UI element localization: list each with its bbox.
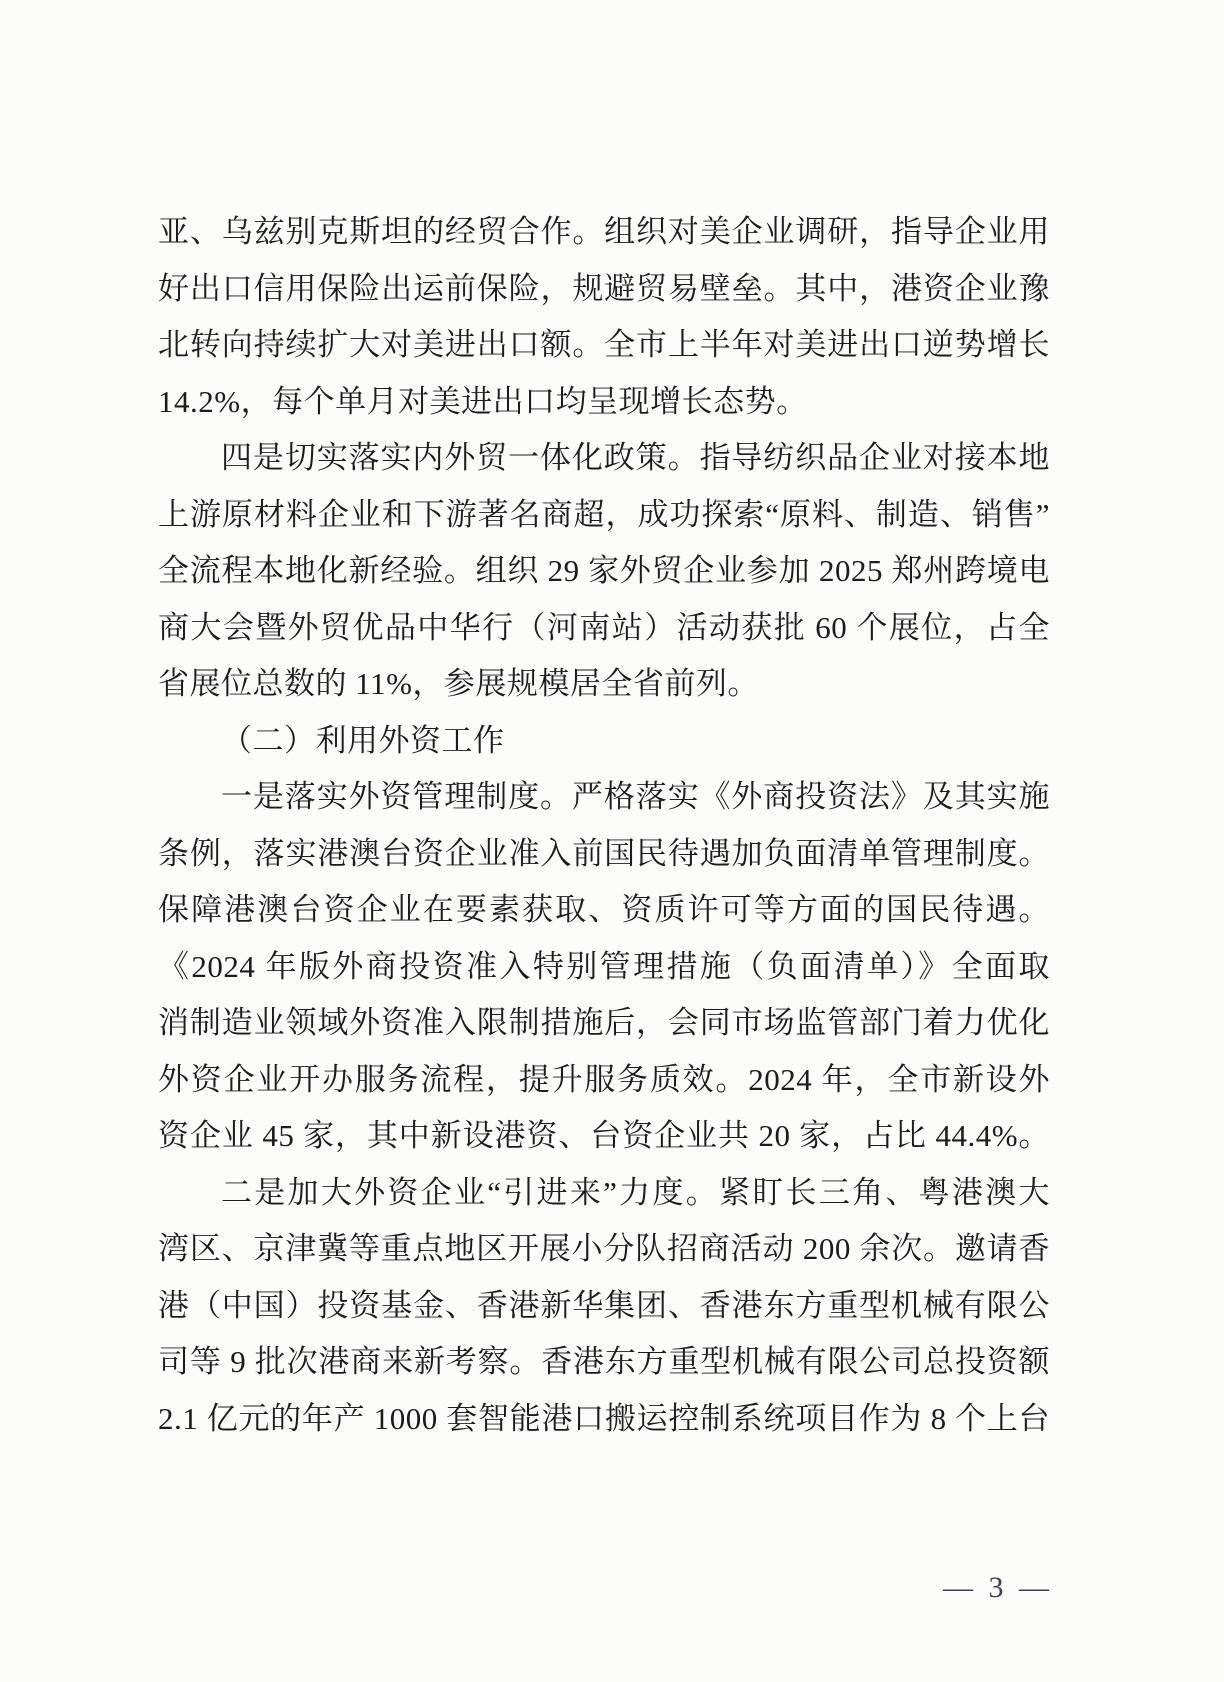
text-line: 上游原材料企业和下游著名商超，成功探索“原料、制造、销售” bbox=[158, 487, 1050, 544]
text-line: 《2024 年版外商投资准入特别管理措施（负面清单）》全面取 bbox=[158, 939, 1050, 996]
text-line: 全流程本地化新经验。组织 29 家外贸企业参加 2025 郑州跨境电 bbox=[158, 543, 1050, 600]
text-line: 省展位总数的 11%，参展规模居全省前列。 bbox=[158, 656, 1050, 713]
text-line: 商大会暨外贸优品中华行（河南站）活动获批 60 个展位，占全 bbox=[158, 600, 1050, 657]
text-line: 北转向持续扩大对美进出口额。全市上半年对美进出口逆势增长 bbox=[158, 317, 1050, 374]
text-line: 条例，落实港澳台资企业准入前国民待遇加负面清单管理制度。 bbox=[158, 826, 1050, 883]
text-line: 四是切实落实内外贸一体化政策。指导纺织品企业对接本地 bbox=[158, 430, 1050, 487]
scanned-page: 亚、乌兹别克斯坦的经贸合作。组织对美企业调研，指导企业用好出口信用保险出运前保险… bbox=[0, 0, 1224, 1682]
text-line: 司等 9 批次港商来新考察。香港东方重型机械有限公司总投资额 bbox=[158, 1334, 1050, 1391]
text-line: 消制造业领域外资准入限制措施后，会同市场监管部门着力优化 bbox=[158, 995, 1050, 1052]
text-line: 亚、乌兹别克斯坦的经贸合作。组织对美企业调研，指导企业用 bbox=[158, 204, 1050, 261]
text-line: 保障港澳台资企业在要素获取、资质许可等方面的国民待遇。 bbox=[158, 882, 1050, 939]
text-line: 好出口信用保险出运前保险，规避贸易壁垒。其中，港资企业豫 bbox=[158, 261, 1050, 318]
document-body: 亚、乌兹别克斯坦的经贸合作。组织对美企业调研，指导企业用好出口信用保险出运前保险… bbox=[158, 204, 1050, 1447]
text-line: 二是加大外资企业“引进来”力度。紧盯长三角、粤港澳大 bbox=[158, 1165, 1050, 1222]
page-number: — 3 — bbox=[943, 1568, 1050, 1608]
text-line: 资企业 45 家，其中新设港资、台资企业共 20 家，占比 44.4%。 bbox=[158, 1108, 1050, 1165]
page-footer: — 3 — bbox=[0, 1568, 1224, 1608]
text-line: 外资企业开办服务流程，提升服务质效。2024 年，全市新设外 bbox=[158, 1052, 1050, 1109]
text-line: 2.1 亿元的年产 1000 套智能港口搬运控制系统项目作为 8 个上台 bbox=[158, 1391, 1050, 1448]
text-line: 14.2%，每个单月对美进出口均呈现增长态势。 bbox=[158, 374, 1050, 431]
text-line: 港（中国）投资基金、香港新华集团、香港东方重型机械有限公 bbox=[158, 1278, 1050, 1335]
text-line: 一是落实外资管理制度。严格落实《外商投资法》及其实施 bbox=[158, 769, 1050, 826]
text-line: （二）利用外资工作 bbox=[158, 713, 1050, 770]
text-line: 湾区、京津冀等重点地区开展小分队招商活动 200 余次。邀请香 bbox=[158, 1221, 1050, 1278]
